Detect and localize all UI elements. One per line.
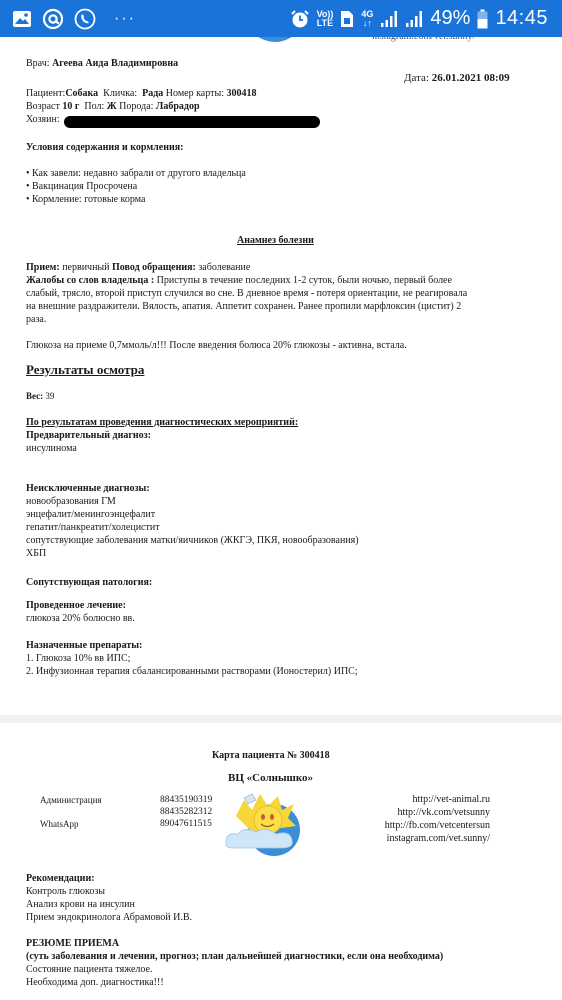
excluded-diagnoses-label: Неисключенные диагнозы: [26, 483, 150, 495]
link-facebook[interactable]: http://fb.com/vetcentersun [385, 820, 490, 832]
patient-line: Пациент:Собака Кличка: Рада Номер карты:… [26, 88, 256, 100]
list-item: новообразования ГМ [26, 496, 116, 508]
owner-label: Хозяин: [26, 114, 60, 126]
summary-heading: РЕЗЮМЕ ПРИЕМА [26, 938, 119, 950]
more-icon: ··· [106, 10, 136, 28]
phone-call-icon [74, 8, 96, 30]
alarm-icon [290, 9, 310, 29]
list-item: • Кормление: готовые корма [26, 194, 145, 206]
reception-line: Прием: первичный Повод обращения: заболе… [26, 262, 250, 274]
list-item: Контроль глюкозы [26, 886, 105, 898]
link-instagram[interactable]: instagram.com/vet.sunny/ [387, 833, 490, 845]
clinic-name: ВЦ «Солнышко» [228, 772, 313, 784]
phone-number: 88435190319 [160, 794, 212, 806]
redacted-owner-name [64, 116, 320, 128]
list-item: гепатит/панкреатит/холецистит [26, 522, 160, 534]
link-website[interactable]: http://vet-animal.ru [413, 794, 490, 806]
signal-icon [405, 10, 423, 28]
phone-number: 89047611515 [160, 818, 212, 830]
prelim-diagnosis-label: Предварительный диагноз: [26, 430, 151, 442]
complaints-text: на внешние раздражители. Вялость, апатия… [26, 301, 461, 313]
summary-text: Состояние пациента тяжелое. [26, 964, 152, 976]
link-vk[interactable]: http://vk.com/vetsunny [398, 807, 491, 819]
summary-text: Необходима доп. диагностика!!! [26, 977, 164, 989]
list-item: ХБП [26, 548, 46, 560]
page-separator [0, 715, 562, 723]
admin-label: Администрация [40, 794, 102, 806]
signal-icon [380, 10, 398, 28]
document-page-1: instagram.com/vet.sunny/ Врач: Агеева Аи… [0, 37, 562, 715]
4g-icon: 4G ↓↑ [361, 10, 373, 28]
treatment-value: глюкоза 20% болюсно вв. [26, 613, 135, 625]
drugs-label: Назначенные препараты: [26, 640, 142, 652]
volte-icon: Vo)) LTE [317, 10, 334, 28]
document-page-2: Карта пациента № 300418 ВЦ «Солнышко» Ад… [0, 723, 562, 1000]
battery-icon [477, 9, 488, 29]
conditions-heading: Условия содержания и кормления: [26, 142, 183, 154]
whatsapp-label: WhatsApp [40, 818, 79, 830]
exam-heading: Результаты осмотра [26, 364, 144, 376]
list-item: энцефалит/менингоэнцефалит [26, 509, 155, 521]
list-item: Прием эндокринолога Абрамовой И.В. [26, 912, 192, 924]
status-bar: ··· Vo)) LTE 4G ↓↑ 49% 14:45 [0, 0, 562, 37]
visit-date: Дата: 26.01.2021 08:09 [404, 72, 510, 84]
recommendations-label: Рекомендации: [26, 873, 95, 885]
card-title: Карта пациента № 300418 [212, 750, 330, 762]
clock: 14:45 [495, 7, 548, 30]
sim-icon [340, 10, 354, 28]
list-item: сопутствующие заболевания матки/яичников… [26, 535, 359, 547]
doctor-line: Врач: Агеева Аида Владимировна [26, 58, 178, 70]
at-icon [42, 8, 64, 30]
age-sex-breed-line: Возраст 10 г Пол: Ж Порода: Лабрадор [26, 101, 200, 113]
glucose-note: Глюкоза на приеме 0,7ммоль/л!!! После вв… [26, 340, 407, 352]
battery-percent: 49% [430, 7, 470, 30]
list-item: • Как завели: недавно забрали от другого… [26, 168, 246, 180]
phone-number: 88435282312 [160, 806, 212, 818]
complaints-line: Жалобы со слов владельца : Приступы в те… [26, 275, 452, 287]
list-item: • Вакцинация Просрочена [26, 181, 137, 193]
clinic-logo-icon [222, 792, 312, 860]
list-item: Анализ крови на инсулин [26, 899, 135, 911]
list-item: 2. Инфузионная терапия сбалансированными… [26, 666, 358, 678]
anamnesis-heading: Анамнез болезни [237, 235, 314, 247]
prelim-diagnosis-value: инсулинома [26, 443, 77, 455]
comorbid-label: Сопутствующая патология: [26, 577, 152, 589]
treatment-label: Проведенное лечение: [26, 600, 126, 612]
list-item: 1. Глюкоза 10% вв ИПС; [26, 653, 130, 665]
weight-line: Вес: 39 [26, 390, 54, 402]
complaints-text: раза. [26, 314, 46, 326]
complaints-text: слабый, трясло, второй приступ случился … [26, 288, 467, 300]
summary-subheading: (суть заболевания и лечения, прогноз; пл… [26, 951, 443, 963]
diagnostics-heading: По результатам проведения диагностически… [26, 417, 298, 429]
gallery-icon [12, 10, 32, 28]
